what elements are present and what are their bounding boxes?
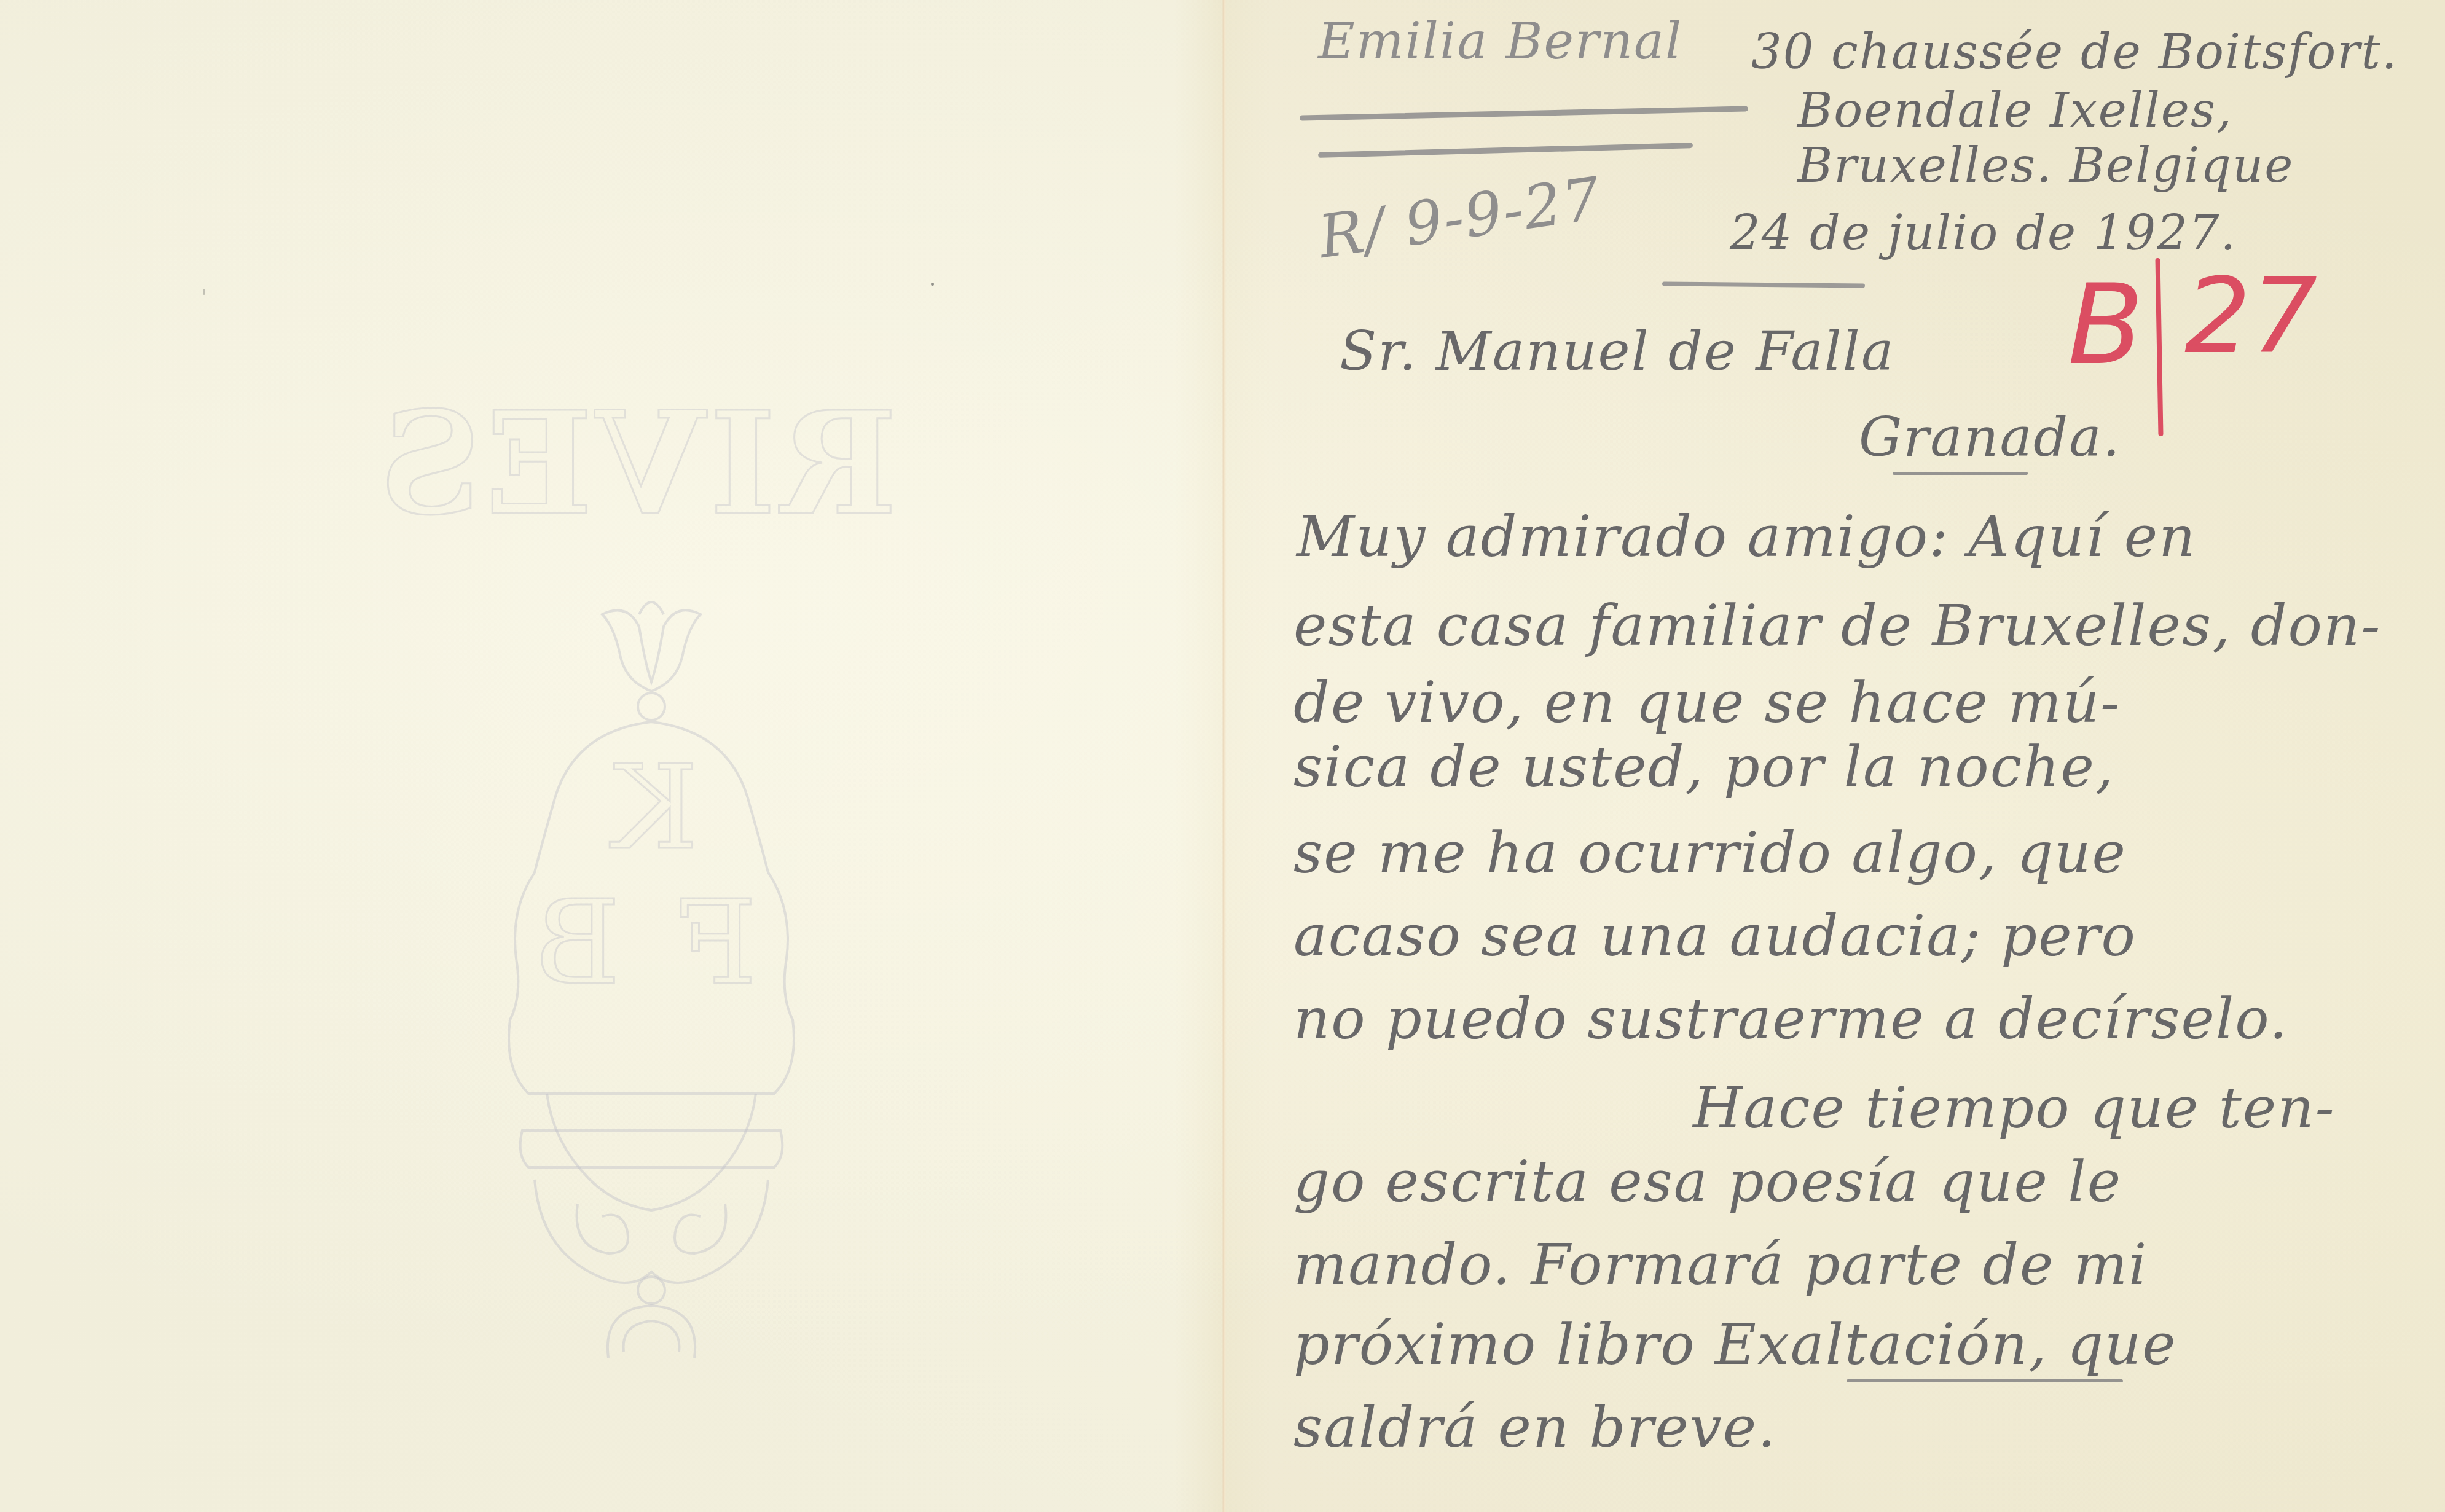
right-page: Emilia Bernal 30 chaussée de Boitsfort. …: [1226, 0, 2445, 1512]
paper-speck: [931, 283, 934, 286]
watermark-letter-f: F: [676, 885, 757, 1001]
title-underline: [1847, 1379, 2123, 1382]
body-line-3: de vivo, en que se hace mú-: [1293, 670, 2121, 735]
recipient-city: Granada.: [1859, 405, 2121, 469]
tulip-crest-shield-icon: [479, 590, 823, 1481]
body-line-12: saldrá en breve.: [1293, 1395, 1776, 1460]
body-line-8: Hace tiempo que ten-: [1693, 1075, 2336, 1141]
body-line-11: próximo libro Exaltación, que: [1293, 1312, 2177, 1377]
city-underline: [1893, 472, 2028, 475]
body-line-6: acaso sea una audacia; pero: [1293, 903, 2137, 969]
watermark-rives: RIVES: [406, 393, 897, 535]
address-line-1: 30 chaussée de Boitsfort.: [1751, 25, 2398, 80]
body-line-4: sica de usted, por la noche,: [1293, 734, 2114, 800]
recipient-name: Sr. Manuel de Falla: [1340, 319, 1894, 383]
body-line-9: go escrita esa poesía que le: [1293, 1149, 2122, 1215]
pencil-stroke: [1300, 106, 1748, 120]
body-line-7: no puedo sustraerme a decírselo.: [1293, 986, 2288, 1052]
pencil-stroke: [1318, 143, 1693, 158]
watermark-emblem: K B F: [479, 590, 823, 1481]
address-line-2: Boendale Ixelles,: [1797, 83, 2233, 138]
body-line-1: Muy admirado amigo: Aquí en: [1297, 504, 2196, 570]
watermark-letter-k: K: [611, 750, 699, 866]
paper-speck: [203, 289, 205, 295]
letter-date: 24 de julio de 1927.: [1730, 206, 2237, 261]
watermark-letter-b: B: [535, 885, 621, 1001]
left-page: RIVES K B F: [0, 0, 1223, 1512]
archive-mark-number: 27: [2184, 264, 2317, 369]
body-line-2: esta casa familiar de Bruxelles, don-: [1293, 593, 2381, 659]
body-line-5: se me ha ocurrido algo, que: [1293, 820, 2127, 886]
received-annotation: R/ 9-9-27: [1314, 164, 1605, 272]
address-line-3: Bruxelles. Belgique: [1797, 138, 2294, 194]
archive-mark-divider: [2155, 258, 2163, 436]
date-flourish: [1662, 282, 1865, 288]
archive-mark-letter: B: [2068, 270, 2144, 381]
sender-name: Emilia Bernal: [1318, 12, 1682, 71]
body-line-10: mando. Formará parte de mi: [1293, 1232, 2148, 1298]
